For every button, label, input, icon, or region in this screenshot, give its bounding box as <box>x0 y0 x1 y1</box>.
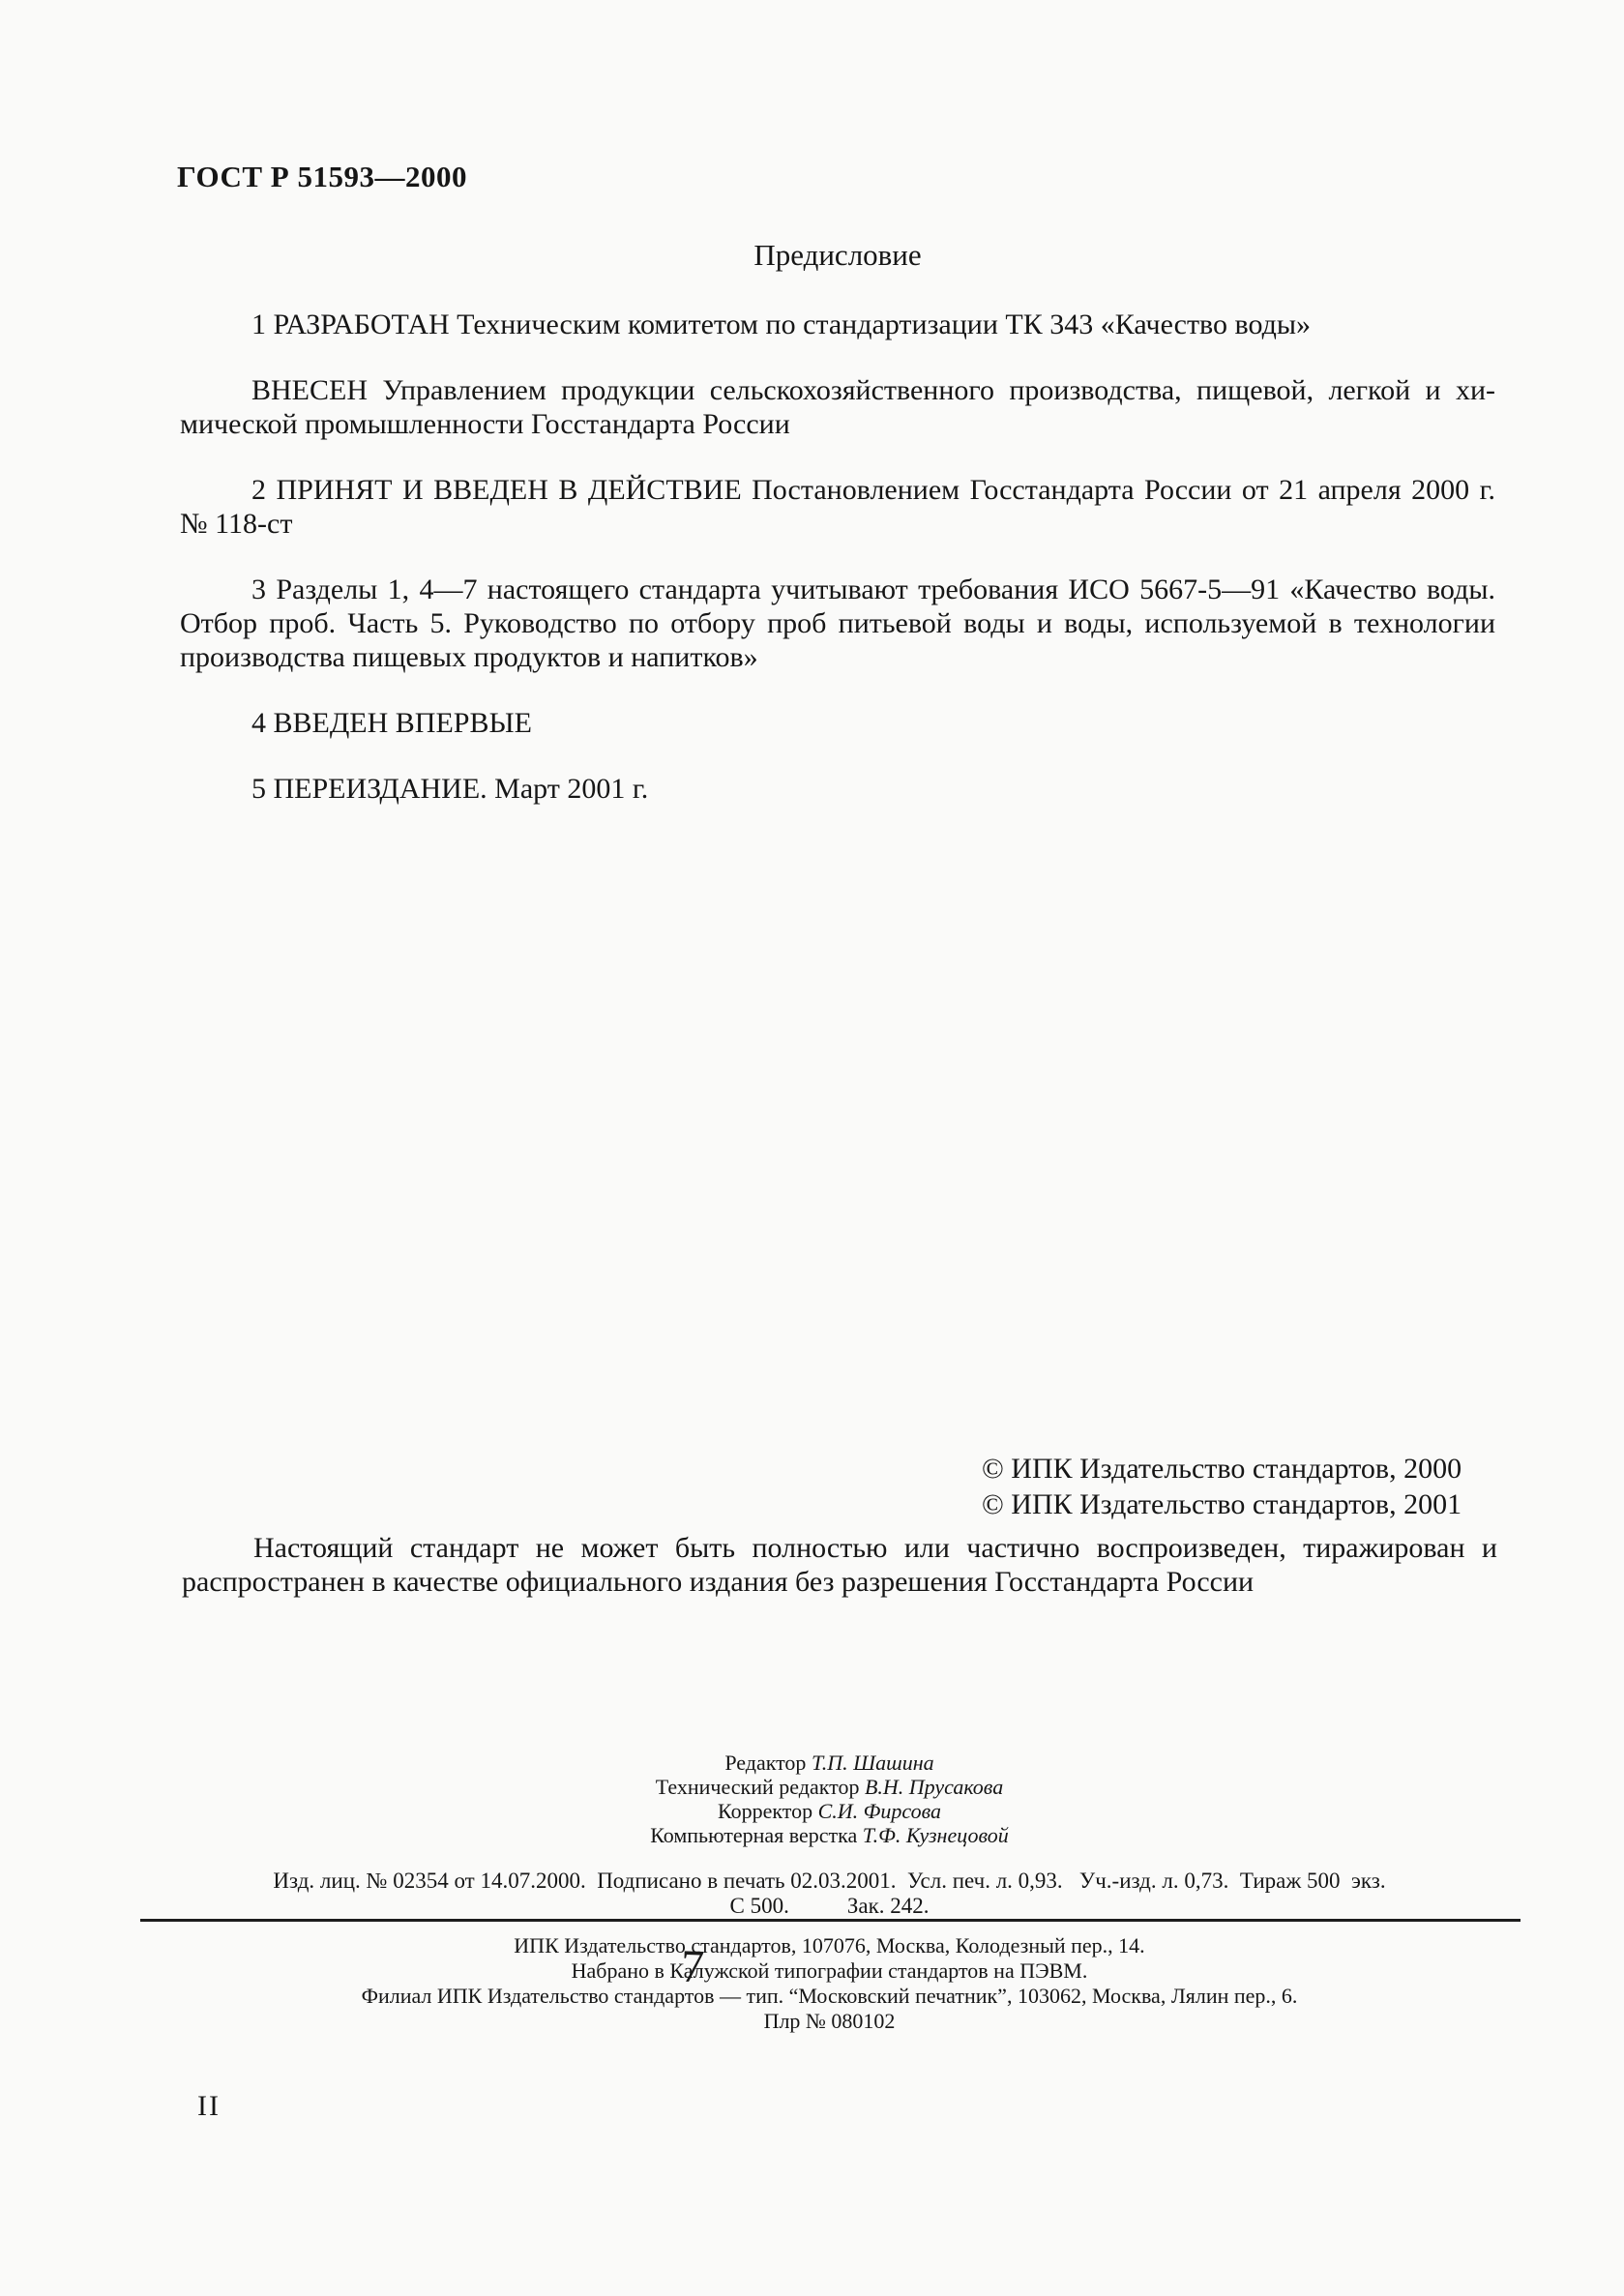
scanned-standard-page: ГОСТ Р 51593—2000 Предисловие 1 РАЗРАБОТ… <box>0 0 1624 2296</box>
address-line: ИПК Издательство стандартов, 107076, Мос… <box>140 1933 1519 1958</box>
preface-line: 1 РАЗРАБОТАН Техническим комитетом по ст… <box>180 308 1495 341</box>
address-line: Набрано в Калужской типографии стандарто… <box>140 1958 1519 1984</box>
handwritten-mark: 7 <box>680 1944 705 1991</box>
standard-number: ГОСТ Р 51593—2000 <box>177 160 467 194</box>
technical-editor-line: Технический редактор В.Н. Прусакова <box>140 1775 1519 1799</box>
copyright-line-2000: © ИПК Издательство стандартов, 2000 <box>982 1451 1462 1487</box>
address-line: Филиал ИПК Издательство стандартов — тип… <box>140 1984 1519 2009</box>
preface-item-1: 1 РАЗРАБОТАН Техническим комитетом по ст… <box>180 308 1495 341</box>
layout-name: Т.Ф. Кузнецовой <box>863 1823 1009 1847</box>
copyright-line-2001: © ИПК Издательство стандартов, 2001 <box>982 1487 1462 1522</box>
order-copies: С 500. <box>730 1895 789 1918</box>
preface-line: производства пищевых продуктов и напитко… <box>180 640 1495 674</box>
page-number: II <box>197 2090 221 2123</box>
proofreader-line: Корректор С.И. Фирсова <box>140 1799 1519 1823</box>
proofreader-role: Корректор <box>718 1799 812 1823</box>
preface-item-4: 4 ВВЕДЕН ВПЕРВЫЕ <box>180 706 1495 740</box>
editor-line: Редактор Т.П. Шашина <box>140 1751 1519 1775</box>
preface-line: 4 ВВЕДЕН ВПЕРВЫЕ <box>180 706 1495 740</box>
imprint-line: Изд. лиц. № 02354 от 14.07.2000. Подписа… <box>140 1869 1519 1893</box>
preface-line: 2 ПРИНЯТ И ВВЕДЕН В ДЕЙСТВИЕ Постановлен… <box>180 473 1495 507</box>
preface-line: № 118-ст <box>180 507 1495 541</box>
page-title: Предисловие <box>180 238 1495 273</box>
layout-role: Компьютерная верстка <box>650 1823 857 1847</box>
preface-line: Отбор проб. Часть 5. Руководство по отбо… <box>180 606 1495 640</box>
reproduction-restriction: Настоящий стандарт не может быть полност… <box>182 1531 1497 1599</box>
order-line: С 500. Зак. 242. <box>140 1895 1519 1918</box>
editor-name: Т.П. Шашина <box>812 1751 934 1775</box>
preface-item-2: 2 ПРИНЯТ И ВВЕДЕН В ДЕЙСТВИЕ Постановлен… <box>180 473 1495 541</box>
preface-item-5: 5 ПЕРЕИЗДАНИЕ. Март 2001 г. <box>180 772 1495 806</box>
preface-line: 5 ПЕРЕИЗДАНИЕ. Март 2001 г. <box>180 772 1495 806</box>
preface-item-3: 3 Разделы 1, 4—7 настоящего стандарта уч… <box>180 573 1495 674</box>
proofreader-name: С.И. Фирсова <box>818 1799 941 1823</box>
preface-line: ВНЕСЕН Управлением продукции сельскохозя… <box>180 373 1495 407</box>
preface-body: 1 РАЗРАБОТАН Техническим комитетом по ст… <box>180 308 1495 838</box>
publisher-address: ИПК Издательство стандартов, 107076, Мос… <box>140 1933 1519 2034</box>
editor-role: Редактор <box>724 1751 806 1775</box>
colophon: Редактор Т.П. Шашина Технический редакто… <box>140 1751 1519 1918</box>
preface-line: 3 Разделы 1, 4—7 настоящего стандарта уч… <box>180 573 1495 606</box>
technical-editor-name: В.Н. Прусакова <box>865 1775 1003 1799</box>
restriction-line: распространен в качестве официального из… <box>182 1565 1497 1599</box>
order-number: Зак. 242. <box>847 1895 930 1918</box>
horizontal-rule <box>140 1919 1521 1922</box>
technical-editor-role: Технический редактор <box>656 1775 860 1799</box>
restriction-line: Настоящий стандарт не может быть полност… <box>182 1531 1497 1565</box>
preface-item-vnesen: ВНЕСЕН Управлением продукции сельскохозя… <box>180 373 1495 441</box>
copyright-notice: © ИПК Издательство стандартов, 2000 © ИП… <box>982 1451 1462 1522</box>
preface-line: мической промышленности Госстандарта Рос… <box>180 407 1495 441</box>
layout-line: Компьютерная верстка Т.Ф. Кузнецовой <box>140 1823 1519 1847</box>
address-line: Плр № 080102 <box>140 2009 1519 2034</box>
